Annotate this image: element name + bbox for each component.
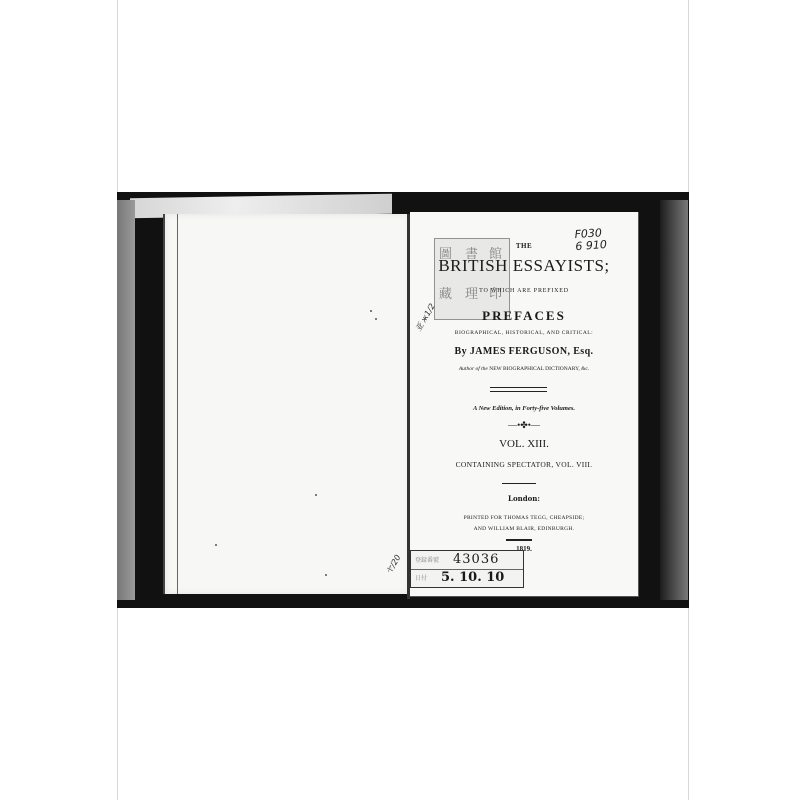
imprint-line-2: AND WILLIAM BLAIR, EDINBURGH. bbox=[410, 526, 638, 532]
edition-line: A New Edition, in Forty-five Volumes. bbox=[410, 405, 638, 412]
title-article: THE bbox=[410, 242, 638, 250]
book-cover-edge-left bbox=[117, 200, 135, 600]
book-cover-edge-right bbox=[660, 200, 688, 600]
contents-line: CONTAINING SPECTATOR, VOL. VIII. bbox=[410, 460, 638, 469]
ornament-icon: —•✤•— bbox=[410, 420, 638, 431]
stamp-date-row: 日付 5. 10. 10 bbox=[411, 569, 523, 587]
accession-number: 43036 bbox=[453, 552, 499, 567]
title-page: 圖 書 館 藏 理 印 F030 6 910 THE BRITISH ESSAY… bbox=[410, 212, 639, 597]
author-line: By JAMES FERGUSON, Esq. bbox=[410, 346, 638, 357]
double-rule bbox=[490, 387, 547, 392]
stamp-accession-row: 登録番號 43036 bbox=[411, 551, 523, 570]
speck bbox=[215, 544, 217, 546]
library-accession-stamp: 登録番號 43036 日付 5. 10. 10 bbox=[410, 550, 524, 588]
author-description: Author of the NEW BIOGRAPHICAL DICTIONAR… bbox=[410, 366, 638, 372]
speck bbox=[375, 318, 377, 320]
speck bbox=[325, 574, 327, 576]
speck bbox=[370, 310, 372, 312]
volume-number: VOL. XIII. bbox=[410, 438, 638, 450]
prefaces-heading: PREFACES bbox=[410, 308, 638, 324]
handwritten-note: ヤ/20 bbox=[383, 553, 403, 577]
speck bbox=[315, 494, 317, 496]
short-rule bbox=[502, 483, 536, 484]
prefixed-line: TO WHICH ARE PREFIXED bbox=[410, 288, 638, 294]
imprint-line-1: PRINTED FOR THOMAS TEGG, CHEAPSIDE; bbox=[410, 515, 638, 521]
short-rule bbox=[506, 539, 532, 541]
left-page: ヤ/20 bbox=[163, 214, 410, 594]
subtitle: BIOGRAPHICAL, HISTORICAL, AND CRITICAL: bbox=[410, 330, 638, 336]
book-title: BRITISH ESSAYISTS; bbox=[410, 256, 638, 276]
page-edge-line bbox=[177, 214, 178, 594]
accession-date: 5. 10. 10 bbox=[441, 570, 504, 585]
imprint-city: London: bbox=[410, 494, 638, 503]
